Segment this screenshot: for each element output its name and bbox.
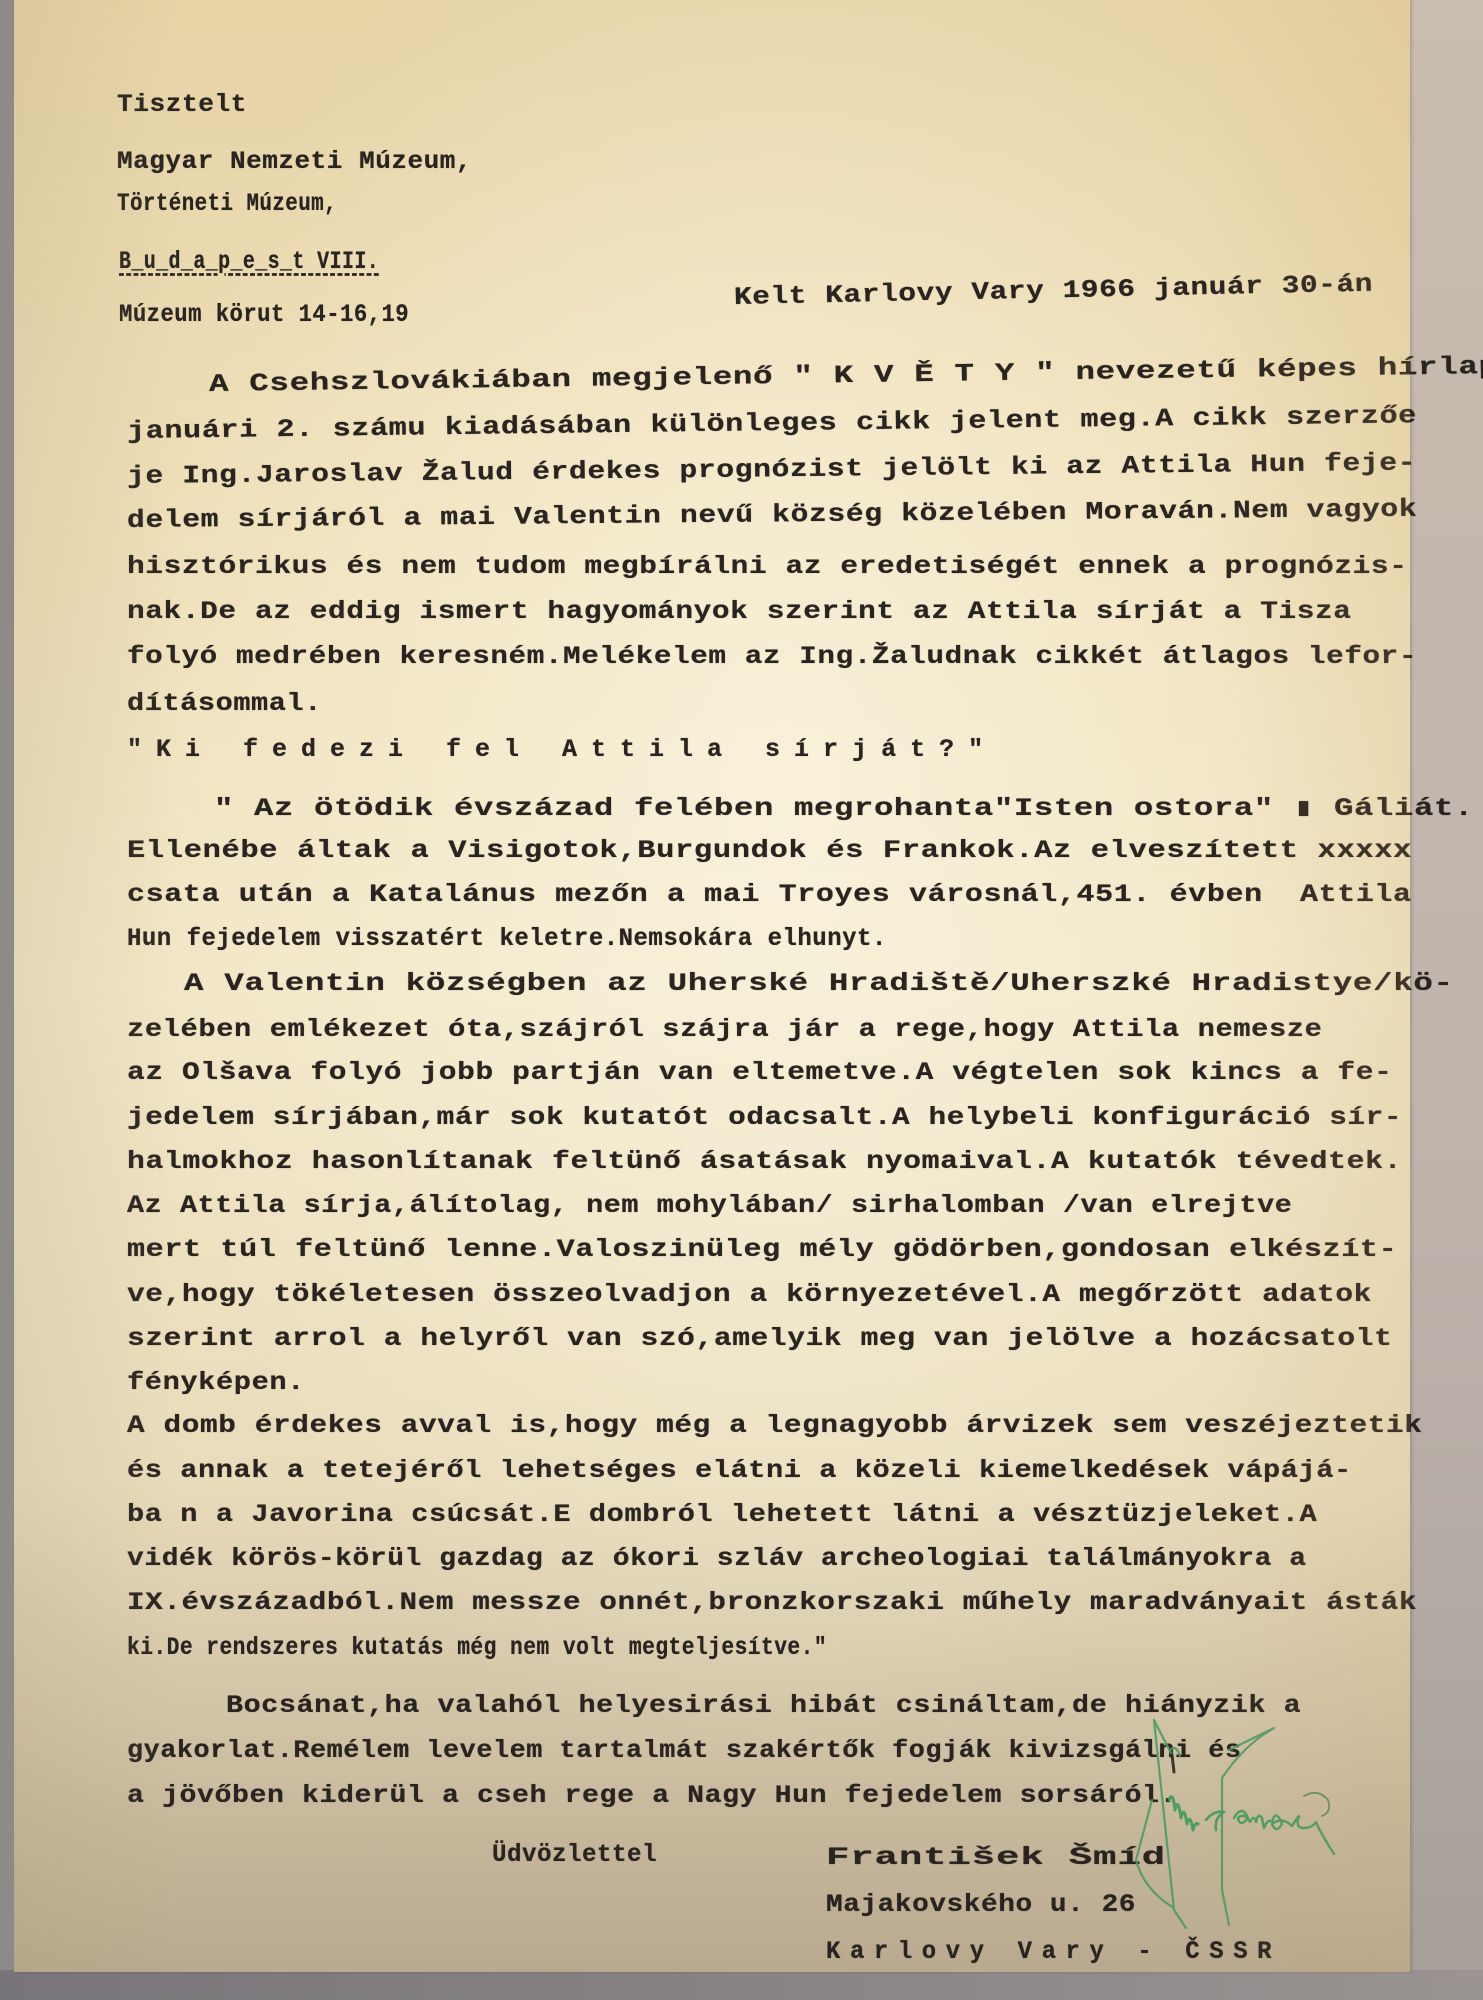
intro-line: nak.De az eddig ismert hagyományok szeri… (127, 597, 1352, 626)
article-line: A domb érdekes avval is,hogy még a legna… (127, 1411, 1423, 1440)
article-line: ba n a Javorina csúcsát.E dombról lehete… (127, 1500, 1317, 1529)
article-line: vidék körös-körül gazdag az ókori szláv … (127, 1544, 1307, 1573)
closing-line: gyakorlat.Remélem levelem tartalmát szak… (127, 1736, 1241, 1765)
date-line: Kelt Karlovy Vary 1966 január 30-án (734, 270, 1374, 312)
sender-name: František Šmíd (826, 1843, 1166, 1872)
article-line: IX.évszázadból.Nem messze onnét,bronzkor… (127, 1588, 1417, 1617)
article-line: csata után a Katalánus mezőn a mai Troye… (127, 880, 1412, 909)
intro-line: dításommal. (127, 689, 322, 718)
intro-line: delem sírjáról a mai Valentin nevű közsé… (127, 495, 1417, 535)
valediction: Üdvözlettel (492, 1840, 657, 1869)
intro-line: A Csehszlovákiában megjelenő " K V Ě T Y… (209, 352, 1483, 399)
article-line: zelében emlékezet óta,szájról szájra jár… (127, 1015, 1323, 1044)
article-line: Az Attila sírja,álítolag, nem mohylában/… (127, 1191, 1292, 1220)
closing-line: a jövőben kiderül a cseh rege a Nagy Hun… (127, 1781, 1177, 1810)
letter-page: Tisztelt Magyar Nemzeti Múzeum, Történet… (14, 0, 1410, 1972)
article-line: fényképen. (127, 1368, 305, 1397)
recipient-line-1: Magyar Nemzeti Múzeum, (117, 147, 472, 176)
article-line: ve,hogy tökéletesen összeolvadjon a körn… (127, 1280, 1372, 1309)
intro-line: januári 2. számu kiadásában különleges c… (127, 401, 1417, 446)
sender-street: Majakovského u. 26 (826, 1890, 1136, 1919)
recipient-line-2: Történeti Múzeum, (117, 189, 337, 218)
intro-line: folyó medrében keresném.Melékelem az Ing… (127, 642, 1417, 671)
article-line: mert túl feltünő lenne.Valoszinüleg mély… (127, 1235, 1397, 1264)
article-line: jedelem sírjában,már sok kutatót odacsal… (127, 1103, 1402, 1132)
intro-line: hisztórikus és nem tudom megbírálni az e… (127, 552, 1408, 581)
recipient-city: B_u_d_a_p_e_s_t VIII. (119, 247, 379, 276)
article-line: " Az ötödik évszázad felében megrohanta"… (214, 792, 1474, 823)
article-line: A Valentin községben az Uherské Hradiště… (184, 969, 1454, 998)
article-line: Hun fejedelem visszatért keletre.Nemsoká… (127, 924, 887, 953)
article-line: szerint arrol a helyről van szó,amelyik … (127, 1324, 1392, 1353)
handwritten-signature (1134, 1700, 1434, 1980)
salutation: Tisztelt (117, 90, 247, 119)
article-line: az Olšava folyó jobb partján van eltemet… (127, 1058, 1392, 1087)
article-line: ki.De rendszeres kutatás még nem volt me… (127, 1633, 827, 1662)
recipient-street: Múzeum körut 14-16,19 (119, 300, 409, 329)
article-line: halmokhoz hasonlítanak feltünő ásatásak … (127, 1147, 1402, 1176)
article-title: "Ki fedezi fel Attila sírját?" (127, 735, 997, 764)
article-line: és annak a tetejéről lehetséges elátni a… (127, 1456, 1352, 1485)
intro-line: je Ing.Jaroslav Žalud érdekes prognózist… (127, 449, 1416, 491)
article-line: Ellenébe áltak a Visigotok,Burgundok és … (127, 836, 1412, 865)
